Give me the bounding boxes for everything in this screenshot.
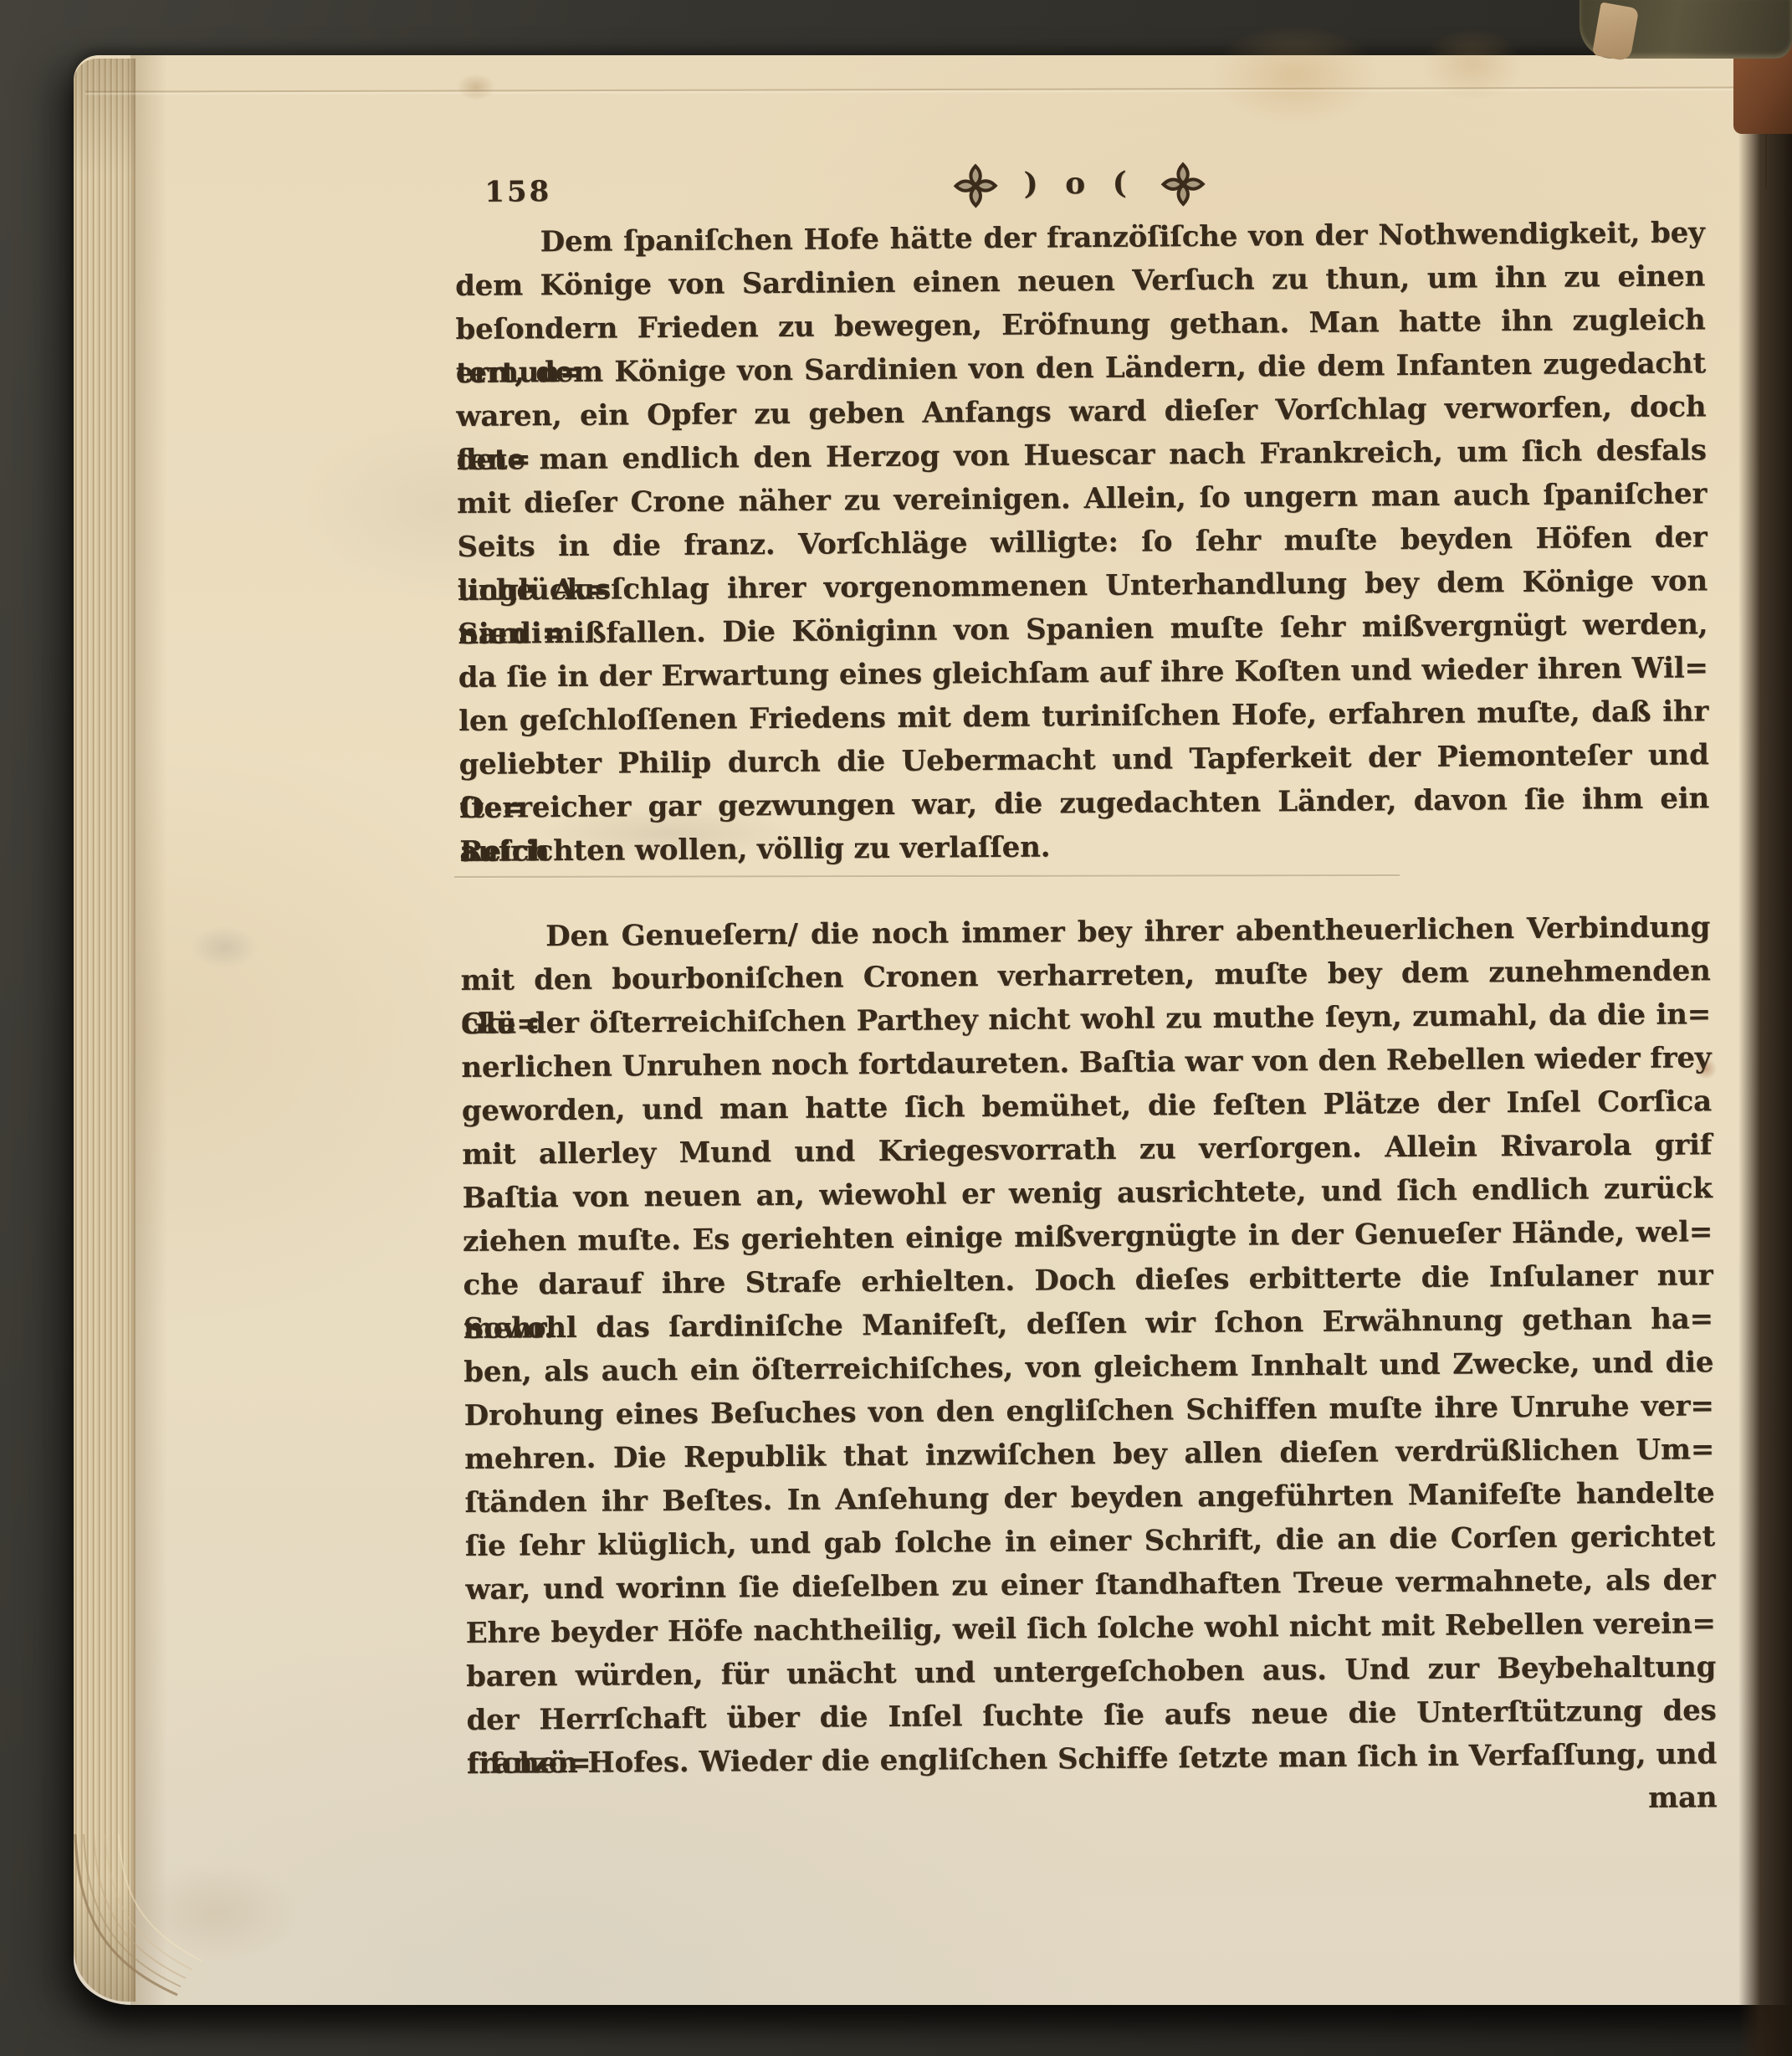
book-scan-photo: 158 ) o ( — [0, 0, 1792, 2056]
paragraph: Dem ſpaniſchen Hofe hätte der franzöſiſc… — [455, 211, 1710, 874]
page-leaf-edges — [74, 59, 136, 2002]
fleuron-icon — [1160, 162, 1206, 207]
crease-line — [85, 86, 1769, 92]
text-line: aufrichten wollen, völlig zu verlaſſen. — [459, 820, 1709, 874]
paragraph: Den Genueſern/ die noch immer bey ihrer … — [460, 905, 1717, 1786]
header-ornament: ) o ( — [454, 157, 1704, 213]
book-page: 158 ) o ( — [74, 55, 1792, 2005]
age-stain — [1422, 28, 1523, 100]
age-stain — [1211, 25, 1379, 126]
binding-shadow — [1738, 124, 1792, 2056]
header-ornament-text: ) o ( — [1023, 162, 1135, 206]
age-stain — [457, 74, 495, 100]
page-header: 158 ) o ( — [454, 157, 1704, 213]
catchword: man — [1648, 1781, 1717, 1815]
text-block: 158 ) o ( — [454, 157, 1718, 1829]
leaf-edge-shadow — [131, 55, 167, 2005]
page-corner-curves — [70, 1834, 305, 2005]
fleuron-icon — [953, 163, 998, 208]
age-stain — [191, 925, 258, 969]
